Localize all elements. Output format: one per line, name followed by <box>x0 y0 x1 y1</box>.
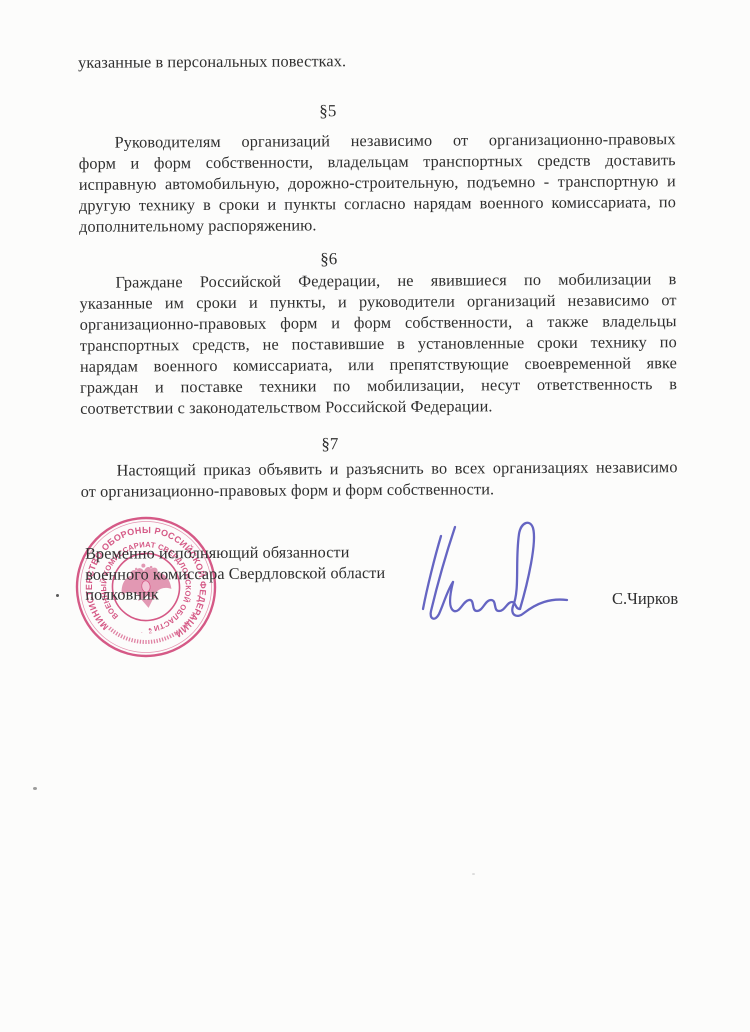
scan-artifact-speck <box>472 873 475 875</box>
signatory-name: С.Чирков <box>612 589 678 609</box>
section-5-paragraph: Руководителям организаций независимо от … <box>78 128 676 237</box>
section-7-paragraph: Настоящий приказ объявить и разъяснить в… <box>80 456 677 502</box>
document-body: указанные в персональных повестках. §5 Р… <box>78 48 678 605</box>
paragraph-continuation-line: указанные в персональных повестках. <box>78 48 675 73</box>
text-line: Настоящий приказ объявить и разъяснить в… <box>80 456 677 481</box>
handwritten-signature <box>410 516 572 628</box>
scan-artifact-dot <box>56 594 59 597</box>
section-heading-6: §6 <box>30 246 627 272</box>
section-6-paragraph: Граждане Российской Федерации, не явивши… <box>79 268 677 419</box>
signatory-rank-line: полковник <box>85 581 678 605</box>
scanned-document-page: МИНИСТЕРСТВО ОБОРОНЫ РОССИЙСКОЙ ФЕДЕРАЦИ… <box>0 0 750 1032</box>
text-line: дополнительному распоряжению. <box>79 212 676 237</box>
text-line: соответствии с законодательством Российс… <box>80 394 677 419</box>
text-line: другую технику в сроки и пункты согласно… <box>79 191 676 216</box>
section-heading-5: §5 <box>29 98 626 124</box>
section-heading-7: §7 <box>31 431 628 457</box>
text-line: граждан и поставке техники по мобилизаци… <box>80 373 677 398</box>
stamp-serial-text: · 2 · <box>140 627 162 637</box>
signatory-title-block: Временно исполняющий обязанности военног… <box>81 540 678 605</box>
scan-artifact-dot <box>33 787 37 790</box>
text-line: от организационно-правовых форм и форм с… <box>81 477 678 502</box>
